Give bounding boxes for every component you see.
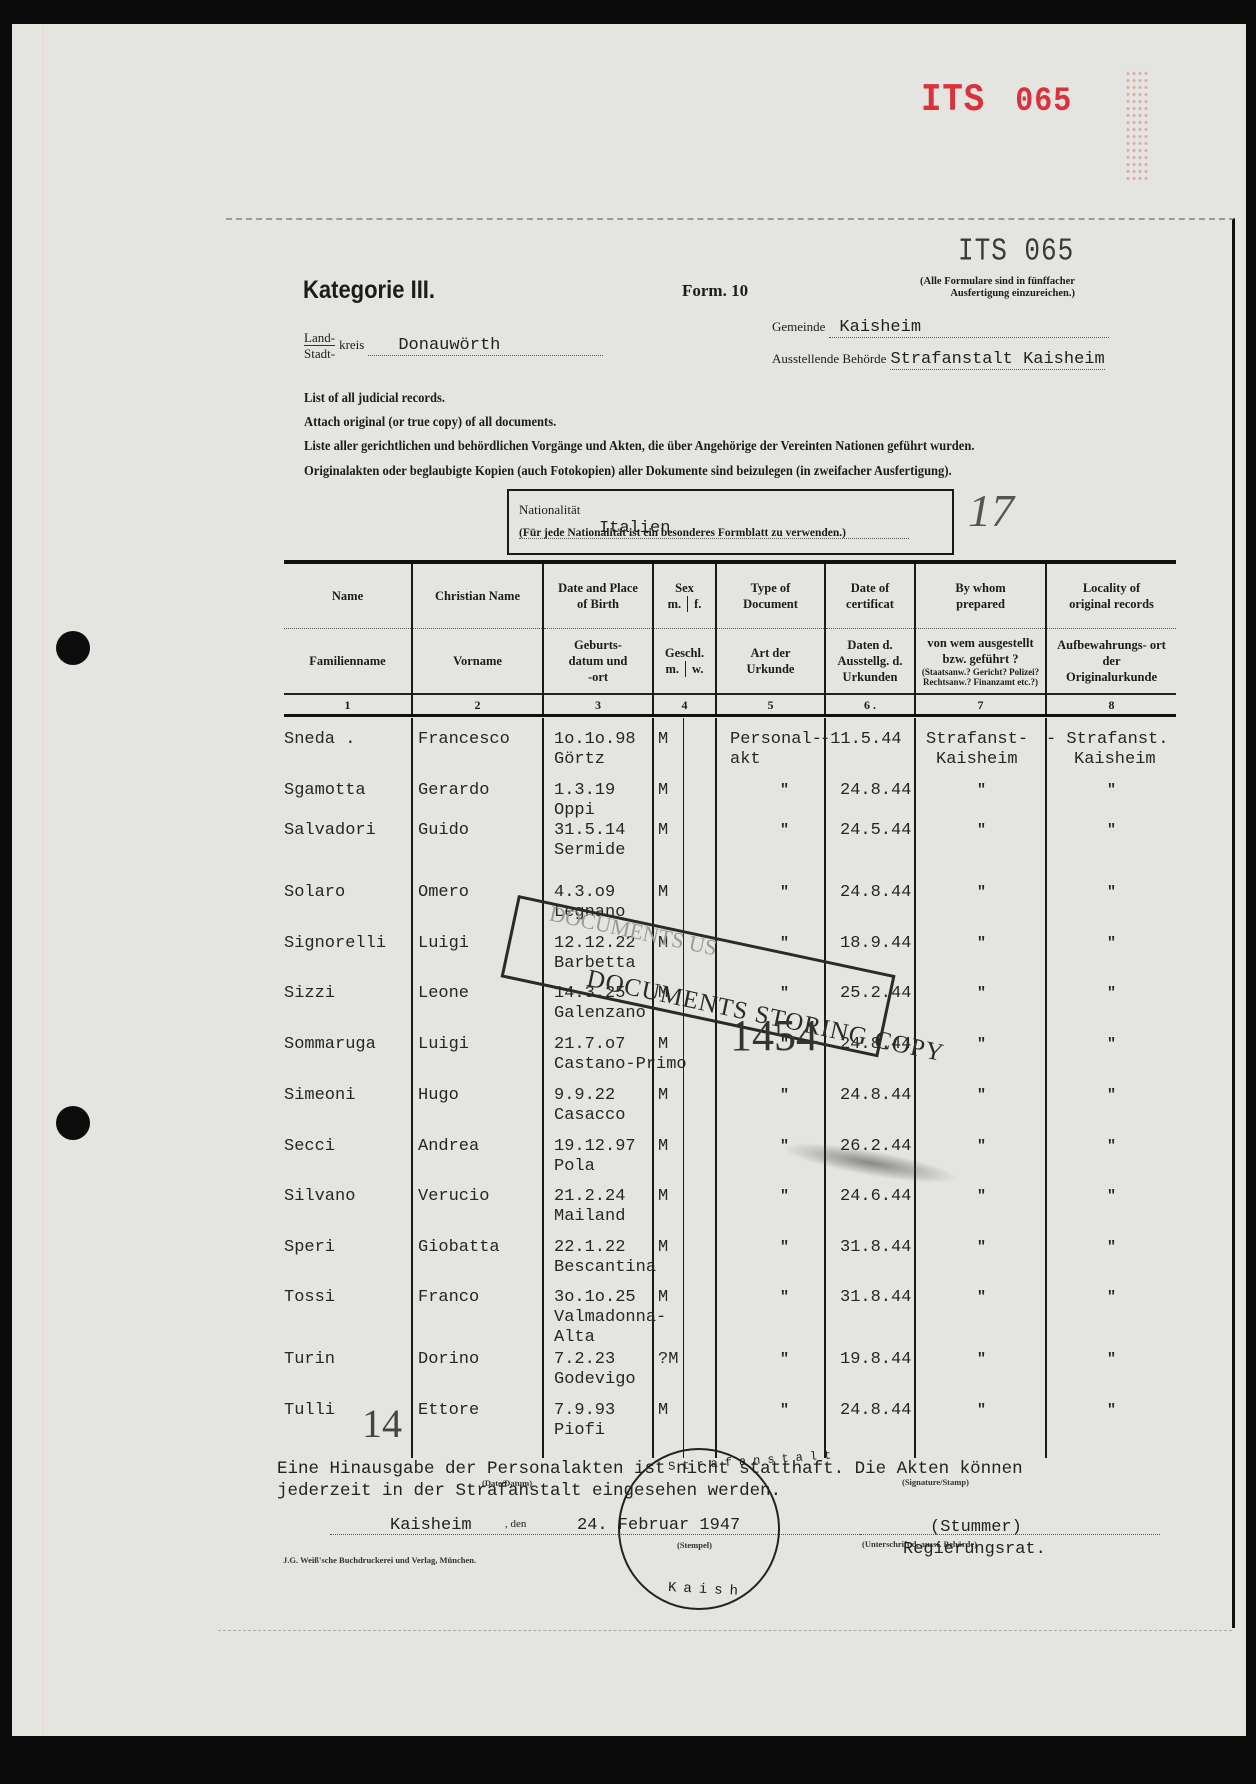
von-wem-examples: (Staatsanw.? Gericht? Polizei? Rechtsanw… (916, 667, 1045, 687)
cell-prepared-by: " (977, 1187, 986, 1207)
cell-name: Simeoni (284, 1086, 355, 1106)
col-header-date-cert: Date of certificat (825, 562, 915, 629)
cell-doc-type: " (780, 1350, 789, 1370)
col-header-christian-name: Christian Name (412, 562, 543, 629)
official-round-stamp: Strafanstalt Kaish (618, 1448, 780, 1610)
cell-cert-date: 18.9.44 (840, 934, 911, 954)
cell-prepared-by: Strafanst- (926, 730, 1028, 750)
signer-name: (Stummer) (930, 1518, 1022, 1537)
col-num: 4 (653, 694, 716, 716)
cell-locality: " (1107, 934, 1116, 954)
cell-cert-date: 24.8.44 (840, 1086, 911, 1106)
cell-cert-date: 24.6.44 (840, 1187, 911, 1207)
cell-first-name: Francesco (418, 730, 510, 750)
cell-birth-place: Görtz (554, 750, 605, 770)
cell-cert-date: -11.5.44 (820, 730, 902, 750)
cell-name: Sneda . (284, 730, 355, 750)
cell-locality: " (1107, 1350, 1116, 1370)
land-stadt-label: Land- Stadt- (304, 330, 335, 361)
col-header-by-whom: By whom prepared (915, 562, 1046, 629)
handwritten-total: 14 (362, 1400, 402, 1447)
col-header-von-wem: von wem ausgestellt bzw. geführt ? (Staa… (915, 629, 1046, 695)
cell-cert-date: 31.8.44 (840, 1288, 911, 1308)
cell-sex: M (658, 1401, 668, 1421)
signer-title: Regierungsrat. (903, 1540, 1046, 1559)
cell-first-name: Verucio (418, 1187, 489, 1207)
cell-sex: M (658, 1137, 668, 1157)
geschl-w: w. (686, 661, 709, 677)
place-value: Kaisheim (390, 1516, 472, 1535)
sex-f: f. (688, 596, 707, 612)
cell-locality: " (1107, 1086, 1116, 1106)
cell-birth-date: 3o.1o.25 (554, 1288, 636, 1308)
sex-m: m. (662, 596, 689, 612)
col-header-birth: Date and Place of Birth (543, 562, 653, 629)
cell-locality: " (1107, 1401, 1116, 1421)
nationality-label: Nationalität (519, 502, 580, 517)
cell-locality: Kaisheim (1074, 750, 1156, 770)
instruction-line: Liste aller gerichtlichen und behördlich… (304, 438, 974, 454)
cell-doc-type: " (780, 1288, 789, 1308)
cell-locality: " (1107, 781, 1116, 801)
cell-prepared-by: Kaisheim (936, 750, 1018, 770)
den-label: , den (505, 1518, 526, 1530)
stadt-label: Stadt- (304, 346, 335, 361)
cell-first-name: Luigi (418, 934, 469, 954)
cell-name: Sizzi (284, 984, 335, 1004)
cell-prepared-by: " (977, 1401, 986, 1421)
cell-locality: " (1107, 1238, 1116, 1258)
cell-doc-type: " (780, 1401, 789, 1421)
cell-sex: M (658, 1238, 668, 1258)
cell-prepared-by: " (977, 781, 986, 801)
cell-birth-place: Pola (554, 1157, 595, 1177)
col-header-type: Type of Document (716, 562, 825, 629)
bottom-edge-line (218, 1630, 1232, 1631)
land-label: Land- (304, 330, 335, 346)
kreis-value: Donauwörth (368, 336, 603, 356)
cell-locality: " (1107, 821, 1116, 841)
instruction-line: Attach original (or true copy) of all do… (304, 414, 556, 430)
hole-punch-bottom (56, 1106, 90, 1140)
cell-first-name: Gerardo (418, 781, 489, 801)
cell-locality: " (1107, 1035, 1116, 1055)
cell-name: Solaro (284, 883, 345, 903)
red-ink-mark (1125, 70, 1149, 180)
form-number: Form. 10 (682, 281, 748, 301)
cell-birth-place: Valmadonna- (554, 1308, 666, 1328)
col-header-familienname: Familienname (284, 629, 412, 695)
cell-birth-place: Bescantina (554, 1258, 656, 1278)
geschl-m: m. (659, 661, 686, 677)
cell-birth-date: 4.3.o9 (554, 883, 615, 903)
header-row-numbers: 1 2 3 4 5 6 . 7 8 (284, 694, 1176, 716)
printer-imprint: J.G. Weiß'sche Buchdruckerei und Verlag,… (283, 1555, 476, 1565)
behoerde-value: Strafanstalt Kaisheim (890, 350, 1104, 370)
column-divider (542, 718, 544, 1458)
cell-birth-date: 21.7.o7 (554, 1035, 625, 1055)
cell-name: Secci (284, 1137, 335, 1157)
cell-birth-place: Castano-Primo (554, 1055, 687, 1075)
cell-locality: " (1107, 1187, 1116, 1207)
cell-first-name: Andrea (418, 1137, 479, 1157)
cell-prepared-by: " (977, 984, 986, 1004)
copies-note-line2: Ausfertigung einzureichen.) (920, 288, 1075, 300)
cell-birth-date: 22.1.22 (554, 1238, 625, 1258)
records-table-header: Name Christian Name Date and Place of Bi… (284, 560, 1176, 717)
cell-birth-place: Sermide (554, 841, 625, 861)
cell-prepared-by: " (977, 1137, 986, 1157)
category-title: Kategorie III. (303, 276, 435, 305)
cell-locality: " (1107, 883, 1116, 903)
cell-sex: M (658, 1187, 668, 1207)
cell-sex: ?M (658, 1350, 678, 1370)
instruction-line: Originalakten oder beglaubigte Kopien (a… (304, 463, 952, 479)
handwritten-count: 17 (968, 484, 1014, 537)
sex-sub: m.f. (654, 596, 715, 612)
cell-name: Silvano (284, 1187, 355, 1207)
cell-first-name: Guido (418, 821, 469, 841)
col-header-sex: Sex m.f. (653, 562, 716, 629)
cell-prepared-by: " (977, 1288, 986, 1308)
cell-prepared-by: " (977, 934, 986, 954)
col-header-locality: Locality of original records (1046, 562, 1176, 629)
cell-name: Tulli (284, 1401, 335, 1421)
instruction-line: List of all judicial records. (304, 390, 445, 406)
gemeinde-field: Gemeinde Kaisheim (772, 318, 1109, 338)
cell-locality: - Strafanst. (1046, 730, 1168, 750)
cell-birth-place: Alta (554, 1328, 595, 1348)
gemeinde-label: Gemeinde (772, 319, 825, 334)
col-header-geburt: Geburts- datum und -ort (543, 629, 653, 695)
cell-sex: M (658, 883, 668, 903)
cell-birth-date: 9.9.22 (554, 1086, 615, 1106)
sex-label: Sex (654, 580, 715, 596)
cell-birth-date: 7.9.93 (554, 1401, 615, 1421)
storing-copy-number: 1454 (730, 1010, 818, 1061)
col-header-aufbewahrung: Aufbewahrungs- ort der Originalurkunde (1046, 629, 1176, 695)
cell-birth-date: 7.2.23 (554, 1350, 615, 1370)
gemeinde-value: Kaisheim (829, 318, 1109, 338)
round-stamp-bottom-text: Kaish (668, 1580, 746, 1600)
cell-first-name: Ettore (418, 1401, 479, 1421)
cell-birth-date: 31.5.14 (554, 821, 625, 841)
cell-sex: M (658, 1288, 668, 1308)
copies-note-line1: (Alle Formulare sind in fünffacher (920, 276, 1075, 288)
column-divider (1045, 718, 1047, 1458)
nationality-box: Nationalität Italien (Für jede Nationali… (507, 489, 954, 555)
cell-first-name: Omero (418, 883, 469, 903)
red-stamp-prefix: ITS (921, 79, 985, 123)
behoerde-label: Ausstellende Behörde (772, 351, 886, 366)
cell-doc-type: " (780, 1238, 789, 1258)
von-wem-label: von wem ausgestellt bzw. geführt ? (916, 635, 1045, 667)
cell-prepared-by: " (977, 883, 986, 903)
cell-doc-type: " (780, 1187, 789, 1207)
column-divider (683, 718, 684, 1458)
column-divider (824, 718, 826, 1458)
date-small-label: (Date/Datum) (482, 1478, 532, 1488)
cell-doc-type: " (780, 883, 789, 903)
cell-birth-date: 1o.1o.98 (554, 730, 636, 750)
red-archive-stamp: ITS065 (921, 79, 1072, 123)
cell-doc-type: Personal- (730, 730, 822, 750)
header-row-english: Name Christian Name Date and Place of Bi… (284, 562, 1176, 629)
col-header-vorname: Vorname (412, 629, 543, 695)
cell-name: Tossi (284, 1288, 335, 1308)
cell-sex: M (658, 730, 668, 750)
cell-prepared-by: " (977, 1350, 986, 1370)
place-date-line: Kaisheim , den 24. Februar 1947 (330, 1514, 860, 1535)
cell-first-name: Hugo (418, 1086, 459, 1106)
column-divider (652, 718, 654, 1458)
cell-sex: M (658, 781, 668, 801)
cell-first-name: Dorino (418, 1350, 479, 1370)
cell-birth-place: Godevigo (554, 1370, 636, 1390)
cell-cert-date: 24.8.44 (840, 1401, 911, 1421)
col-num: 8 (1046, 694, 1176, 716)
cell-name: Sgamotta (284, 781, 366, 801)
cell-cert-date: 19.8.44 (840, 1350, 911, 1370)
cell-cert-date: 24.5.44 (840, 821, 911, 841)
geschl-label: Geschl. (654, 645, 715, 661)
header-row-german: Familienname Vorname Geburts- datum und … (284, 629, 1176, 695)
kreis-label: kreis (339, 337, 364, 352)
nationality-note: (Für jede Nationalität ist ein besondere… (519, 527, 846, 539)
cell-birth-date: 19.12.97 (554, 1137, 636, 1157)
cell-birth-place: Mailand (554, 1207, 625, 1227)
cell-birth-date: 1.3.19 (554, 781, 615, 801)
cell-first-name: Franco (418, 1288, 479, 1308)
cell-cert-date: 31.8.44 (840, 1238, 911, 1258)
cell-prepared-by: " (977, 1238, 986, 1258)
cell-birth-place: Casacco (554, 1106, 625, 1126)
cell-birth-place: Oppi (554, 801, 595, 821)
cell-sex: M (658, 1086, 668, 1106)
records-table-body: Sneda .Francesco1o.1o.98GörtzMPersonal-a… (284, 718, 1176, 1458)
cell-sex: M (658, 821, 668, 841)
copies-note: (Alle Formulare sind in fünffacher Ausfe… (920, 276, 1075, 300)
cell-name: Signorelli (284, 934, 386, 954)
black-archive-stamp: ITS 065 (958, 233, 1074, 269)
cell-first-name: Giobatta (418, 1238, 500, 1258)
column-divider (715, 718, 717, 1458)
cell-birth-place: Piofi (554, 1421, 605, 1441)
landkreis-field: Land- Stadt- kreis Donauwörth (304, 330, 603, 361)
cell-name: Speri (284, 1238, 335, 1258)
cell-first-name: Luigi (418, 1035, 469, 1055)
col-num: 6 . (825, 694, 915, 716)
signature-stamp-label: (Signature/Stamp) (902, 1477, 969, 1487)
col-num: 1 (284, 694, 412, 716)
cell-sex: M (658, 1035, 668, 1055)
col-num: 5 (716, 694, 825, 716)
col-header-daten: Daten d. Ausstellg. d. Urkunden (825, 629, 915, 695)
red-stamp-number: 065 (1015, 83, 1072, 122)
cell-locality: " (1107, 984, 1116, 1004)
page-margin-line (42, 24, 44, 1736)
behoerde-field: Ausstellende Behörde Strafanstalt Kaishe… (772, 350, 1105, 370)
col-header-art: Art der Urkunde (716, 629, 825, 695)
hole-punch-top (56, 631, 90, 665)
cell-cert-date: 24.8.44 (840, 883, 911, 903)
cell-locality: " (1107, 1288, 1116, 1308)
cell-prepared-by: " (977, 1035, 986, 1055)
cell-first-name: Leone (418, 984, 469, 1004)
cell-doc-type: " (780, 1086, 789, 1106)
col-num: 7 (915, 694, 1046, 716)
col-num: 2 (412, 694, 543, 716)
column-divider (411, 718, 413, 1458)
col-num: 3 (543, 694, 653, 716)
cell-doc-type: " (780, 821, 789, 841)
geschl-sub: m.w. (654, 661, 715, 677)
cell-name: Turin (284, 1350, 335, 1370)
cell-name: Salvadori (284, 821, 376, 841)
cell-name: Sommaruga (284, 1035, 376, 1055)
cell-prepared-by: " (977, 821, 986, 841)
col-header-geschl: Geschl. m.w. (653, 629, 716, 695)
cell-cert-date: 24.8.44 (840, 781, 911, 801)
cell-locality: " (1107, 1137, 1116, 1157)
column-divider (914, 718, 916, 1458)
cell-doc-type: akt (730, 750, 761, 770)
col-header-name: Name (284, 562, 412, 629)
cell-birth-date: 21.2.24 (554, 1187, 625, 1207)
cell-doc-type: " (780, 781, 789, 801)
cell-birth-place: Galenzano (554, 1004, 646, 1024)
cell-prepared-by: " (977, 1086, 986, 1106)
